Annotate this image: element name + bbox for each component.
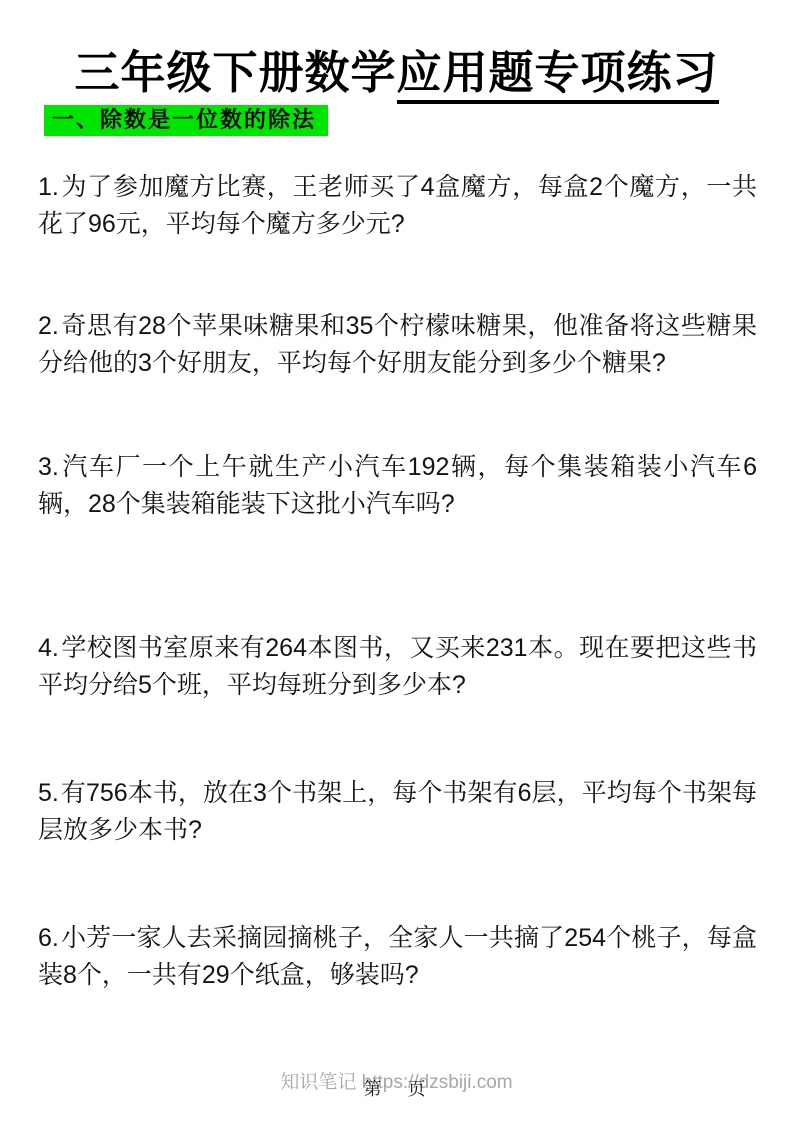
question-item: 5.有756本书，放在3个书架上，每个书架有6层，平均每个书架每层放多少本书?	[38, 775, 757, 849]
question-text: 有756本书，放在3个书架上，每个书架有6层，平均每个书架每层放多少本书?	[38, 779, 757, 844]
page-title-underlined: 应用题专项练习	[397, 47, 719, 104]
question-item: 3.汽车厂一个上午就生产小汽车192辆，每个集装箱装小汽车6辆，28个集装箱能装…	[38, 449, 757, 523]
question-text: 为了参加魔方比赛，王老师买了4盒魔方，每盒2个魔方，一共花了96元，平均每个魔方…	[38, 173, 757, 238]
question-number: 2.	[38, 312, 61, 340]
question-text: 奇思有28个苹果味糖果和35个柠檬味糖果，他准备将这些糖果分给他的3个好朋友，平…	[38, 312, 757, 377]
question-number: 6.	[38, 924, 61, 952]
question-item: 4.学校图书室原来有264本图书，又买来231本。现在要把这些书平均分给5个班，…	[38, 630, 757, 704]
question-item: 6.小芳一家人去采摘园摘桃子，全家人一共摘了254个桃子，每盒装8个，一共有29…	[38, 920, 757, 994]
page-title-normal: 三年级下册数学	[74, 47, 396, 98]
question-text: 学校图书室原来有264本图书，又买来231本。现在要把这些书平均分给5个班，平均…	[38, 634, 757, 699]
page-title: 三年级下册数学应用题专项练习	[0, 36, 793, 101]
page-number-label: 第 页	[0, 1075, 793, 1101]
worksheet-page: 三年级下册数学应用题专项练习 一、除数是一位数的除法 1.为了参加魔方比赛，王老…	[0, 0, 793, 1122]
question-item: 1.为了参加魔方比赛，王老师买了4盒魔方，每盒2个魔方，一共花了96元，平均每个…	[38, 169, 757, 243]
question-text: 小芳一家人去采摘园摘桃子，全家人一共摘了254个桃子，每盒装8个，一共有29个纸…	[38, 924, 757, 989]
question-number: 5.	[38, 779, 61, 807]
question-number: 3.	[38, 453, 61, 481]
section-header: 一、除数是一位数的除法	[44, 105, 328, 136]
question-text: 汽车厂一个上午就生产小汽车192辆，每个集装箱装小汽车6辆，28个集装箱能装下这…	[38, 453, 757, 518]
question-number: 4.	[38, 634, 61, 662]
question-item: 2.奇思有28个苹果味糖果和35个柠檬味糖果，他准备将这些糖果分给他的3个好朋友…	[38, 308, 757, 382]
question-number: 1.	[38, 173, 61, 201]
